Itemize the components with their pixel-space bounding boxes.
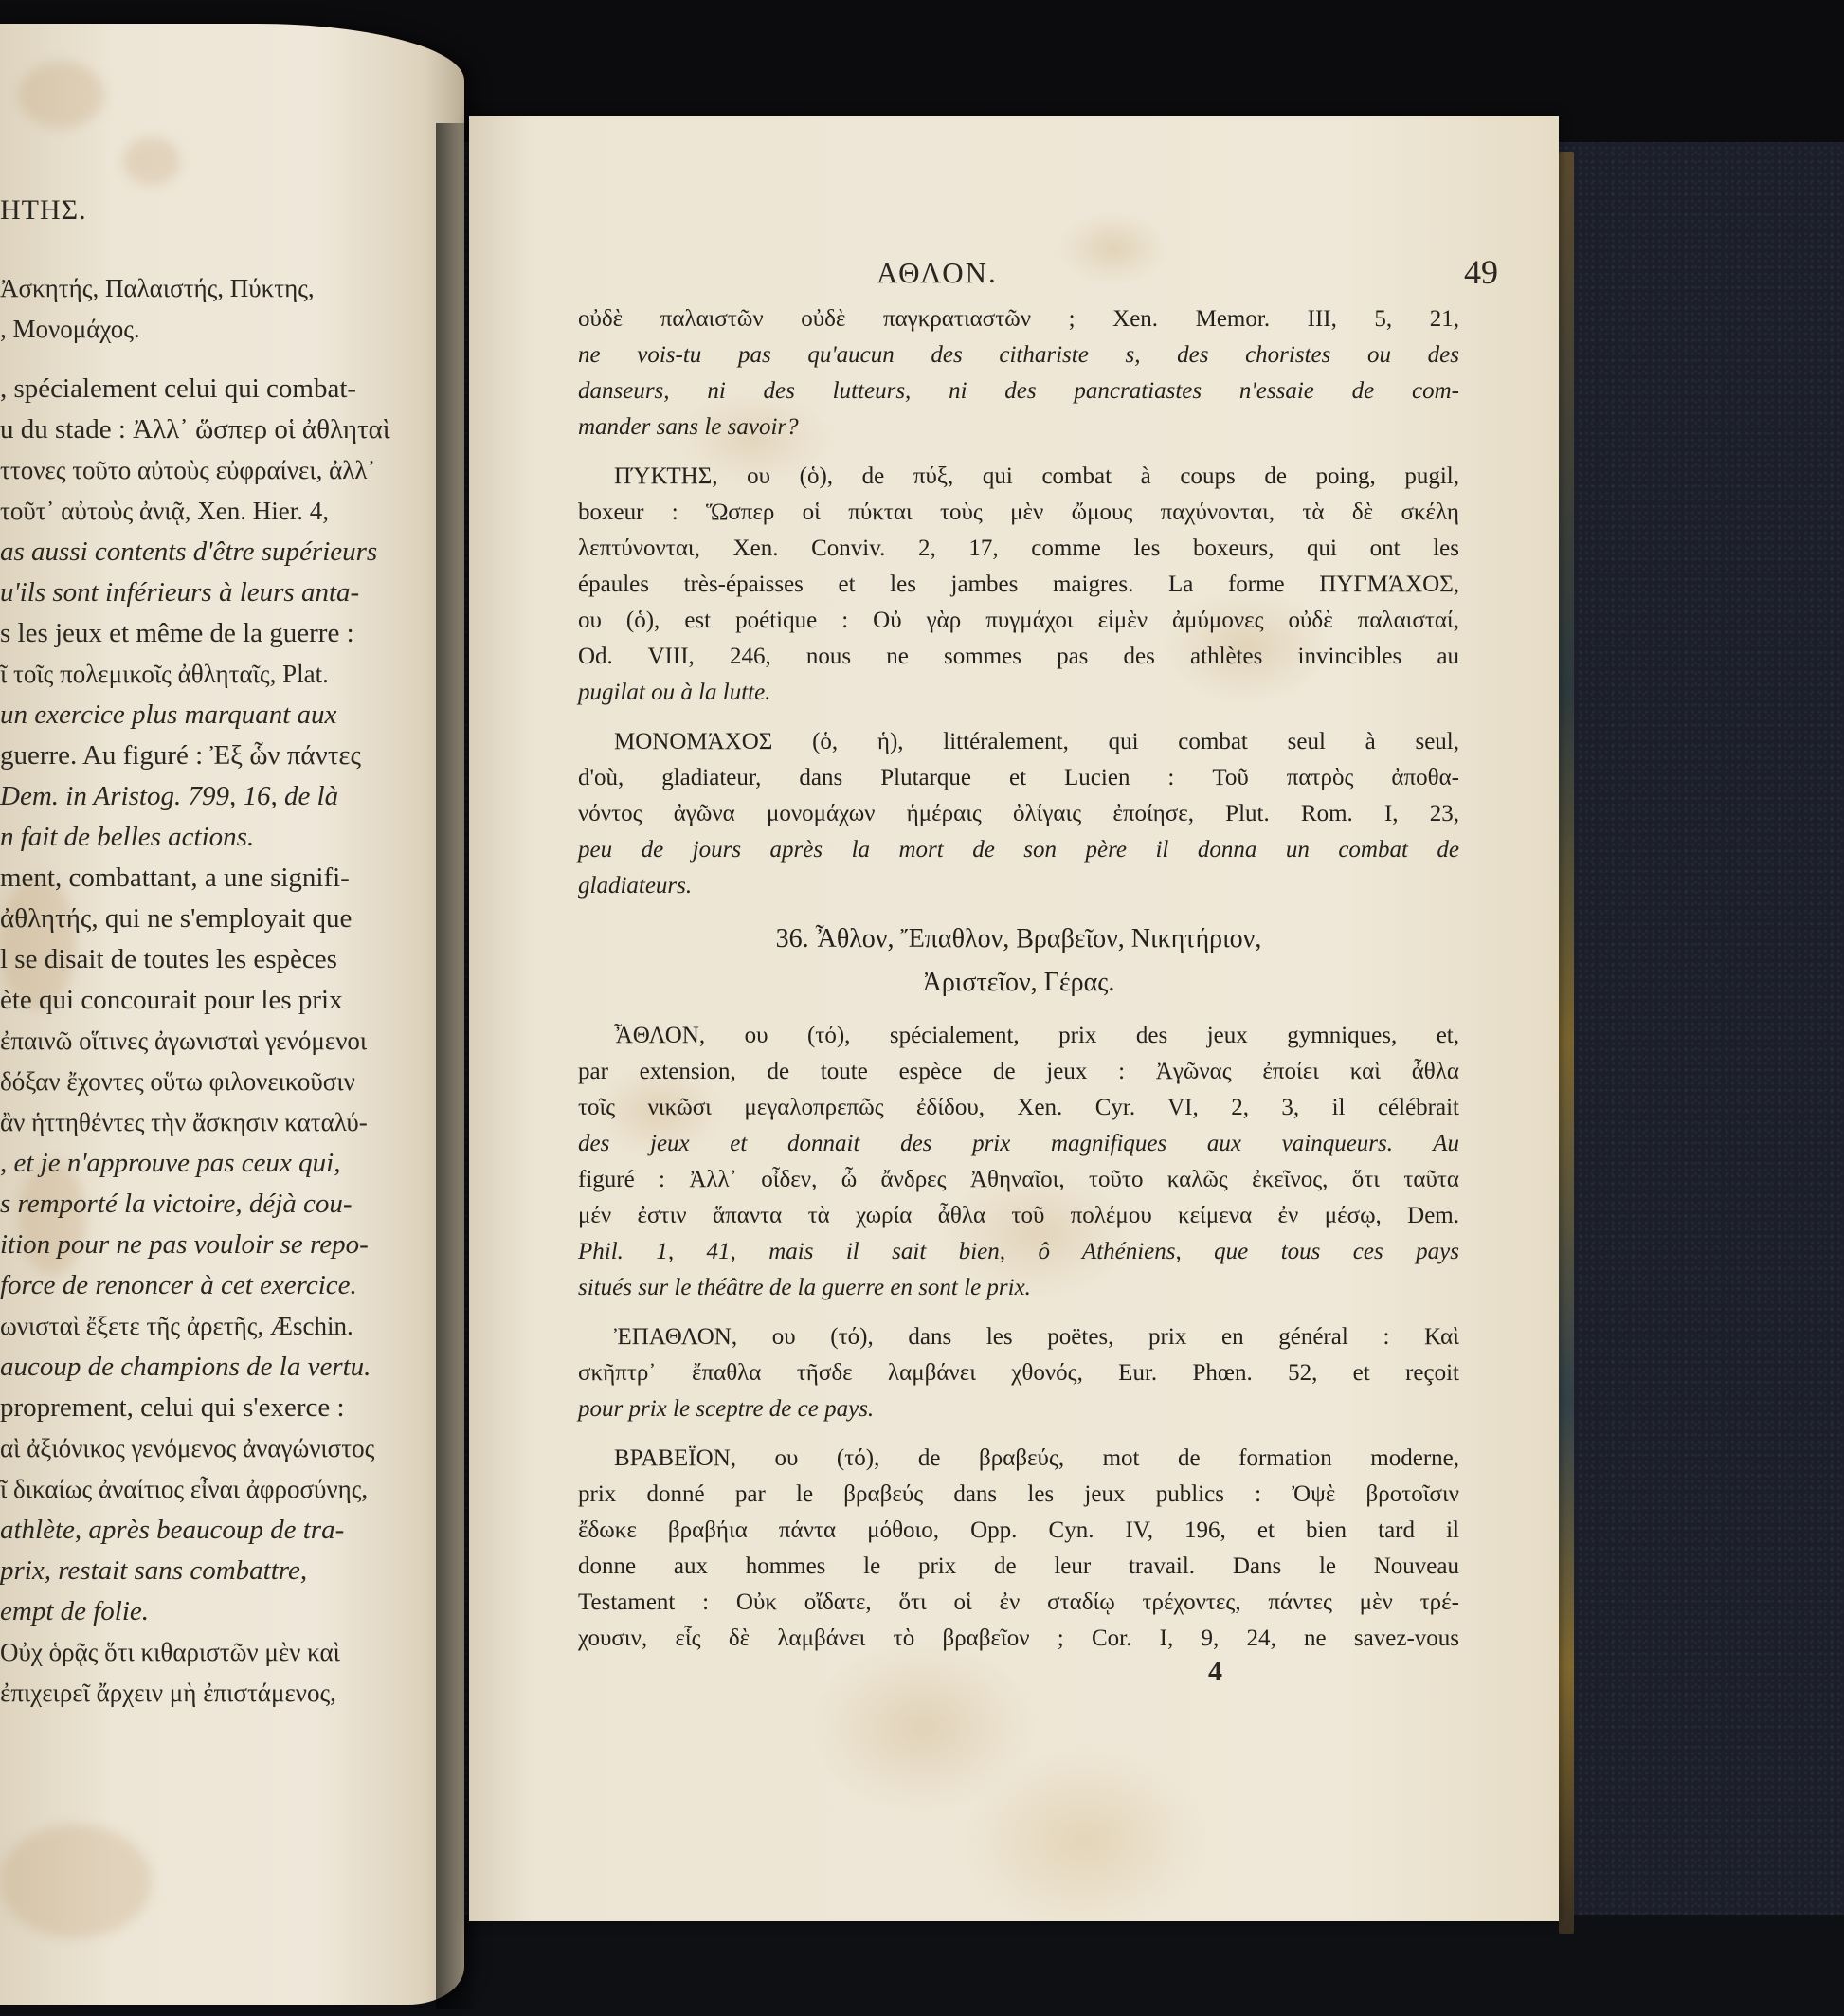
entry-brabeion: ΒΡΑΒΕΪΟΝ, ου (τό), de βραβεύς, mot de fo…	[578, 1441, 1459, 1477]
text-line: οὐδὲ παλαιστῶν οὐδὲ παγκρατιαστῶν ; Xen.…	[578, 301, 1459, 337]
left-line: , spécialement celui qui combat-	[0, 369, 417, 409]
text-line: Od. VIII, 246, nous ne sommes pas des at…	[578, 639, 1459, 675]
text-line: des jeux et donnait des prix magnifiques…	[578, 1126, 1459, 1162]
left-line: ète qui concourait pour les prix	[0, 980, 417, 1021]
text-line: peu de jours après la mort de son père i…	[578, 832, 1459, 868]
left-page: ΗΤΗΣ. Ἀσκητής, Παλαιστής, Πύκτης, , Μονο…	[0, 24, 464, 2005]
left-line: τοῦτ᾽ αὐτοὺς ἀνιᾷ, Xen. Hier. 4,	[0, 491, 417, 532]
text-line: pour prix le sceptre de ce pays.	[578, 1391, 1459, 1427]
left-line: aucoup de champions de la vertu.	[0, 1347, 417, 1388]
left-running-title: ΗΤΗΣ.	[0, 190, 417, 230]
left-line: Οὐχ ὁρᾷς ὅτι κιθαριστῶν μὲν καὶ	[0, 1632, 417, 1673]
text-line: Testament : Οὐκ οἴδατε, ὅτι οἱ ἐν σταδίῳ…	[578, 1585, 1459, 1621]
left-line: δόξαν ἔχοντες οὕτω φιλονεικοῦσιν	[0, 1062, 417, 1102]
gutter-shadow	[436, 123, 474, 2009]
page-number: 49	[1464, 252, 1498, 292]
left-line: ment, combattant, a une signifi-	[0, 858, 417, 899]
left-line: proprement, celui qui s'exerce :	[0, 1388, 417, 1428]
text-line: d'où, gladiateur, dans Plutarque et Luci…	[578, 760, 1459, 796]
left-line: prix, restait sans combattre,	[0, 1551, 417, 1591]
text-line: figuré : Ἀλλ᾽ οἶδεν, ὦ ἄνδρες Ἀθηναῖοι, …	[578, 1162, 1459, 1198]
left-line: ition pour ne pas vouloir se repo-	[0, 1225, 417, 1265]
left-line: empt de folie.	[0, 1591, 417, 1632]
text-line: μέν ἐστιν ἅπαντα τὰ χωρία ἆθλα τοῦ πολέμ…	[578, 1198, 1459, 1234]
left-line: u'ils sont inférieurs à leurs anta-	[0, 572, 417, 613]
entry-epathlon: ἘΠΑΘΛΟΝ, ου (τό), dans les poëtes, prix …	[578, 1319, 1459, 1355]
left-line: ττονες τοῦτο αὐτοὺς εὐφραίνει, ἀλλ᾽	[0, 450, 417, 491]
left-line: , et je n'approuve pas ceux qui,	[0, 1143, 417, 1184]
section-heading: Ἀριστεῖον, Γέρας.	[578, 961, 1459, 1005]
left-heading-line: Ἀσκητής, Παλαιστής, Πύκτης,	[0, 268, 417, 309]
book-cover-edge	[1559, 152, 1574, 1934]
text-line: ne vois-tu pas qu'aucun des cithariste s…	[578, 337, 1459, 373]
foxing-stain	[0, 1825, 152, 1938]
entry-athlon: ἎΘΛΟΝ, ου (τό), spécialement, prix des j…	[578, 1018, 1459, 1054]
left-line: ῖ δικαίως ἀναίτιος εἶναι ἀφροσύνης,	[0, 1469, 417, 1510]
text-line: pugilat ou à la lutte.	[578, 675, 1459, 711]
left-line: l se disait de toutes les espèces	[0, 939, 417, 980]
text-line: ἔδωκε βραβήια πάντα μόθοιο, Opp. Cyn. IV…	[578, 1513, 1459, 1549]
text-line: situés sur le théâtre de la guerre en so…	[578, 1270, 1459, 1306]
left-line: s les jeux et même de la guerre :	[0, 613, 417, 654]
left-line: ἐπαινῶ οἵτινες ἀγωνισταὶ γενόμενοι	[0, 1021, 417, 1062]
text-line: ου (ὁ), est poétique : Οὐ γὰρ πυγμάχοι ε…	[578, 603, 1459, 639]
text-line: χουσιν, εἷς δὲ λαμβάνει τὸ βραβεῖον ; Co…	[578, 1621, 1459, 1657]
text-line: νόντος ἀγῶνα μονομάχων ἡμέραις ὀλίγαις ἐ…	[578, 796, 1459, 832]
left-line: αὶ ἀξιόνικος γενόμενος ἀναγώνιστος	[0, 1428, 417, 1469]
text-line: Phil. 1, 41, mais il sait bien, ô Athéni…	[578, 1234, 1459, 1270]
left-line: ἂν ἡττηθέντες τὴν ἄσκησιν καταλύ-	[0, 1102, 417, 1143]
text-line: danseurs, ni des lutteurs, ni des pancra…	[578, 373, 1459, 409]
left-line: un exercice plus marquant aux	[0, 695, 417, 736]
entry-monomachos: ΜΟΝΟΜΆΧΟΣ (ὁ, ἡ), littéralement, qui com…	[578, 724, 1459, 760]
running-title: ΑΘΛΟΝ.	[877, 256, 998, 290]
text-line: prix donné par le βραβεύς dans les jeux …	[578, 1477, 1459, 1513]
text-line: boxeur : Ὥσπερ οἱ πύκται τοὺς μὲν ὤμους …	[578, 495, 1459, 531]
left-line: ἀθλητής, qui ne s'employait que	[0, 899, 417, 939]
text-line: épaules très-épaisses et les jambes maig…	[578, 567, 1459, 603]
foxing-stain	[19, 62, 104, 128]
text-line: gladiateurs.	[578, 868, 1459, 904]
left-line: ωνισταὶ ἔξετε τῆς ἀρετῆς, Æschin.	[0, 1306, 417, 1347]
left-line: ῖ τοῖς πολεμικοῖς ἀθληταῖς, Plat.	[0, 654, 417, 695]
signature-mark: 4	[1208, 1656, 1222, 1688]
left-line: u du stade : Ἀλλ᾽ ὥσπερ οἱ ἀθληταὶ	[0, 409, 417, 450]
left-heading-line: , Μονομάχος.	[0, 309, 417, 350]
left-line: ἐπιχειρεῖ ἄρχειν μὴ ἐπιστάμενος,	[0, 1673, 417, 1714]
text-line: par extension, de toute espèce de jeux :…	[578, 1054, 1459, 1090]
left-line: Dem. in Aristog. 799, 16, de là	[0, 776, 417, 817]
text-line: σκῆπτρ᾽ ἔπαθλα τῆσδε λαμβάνει χθονός, Eu…	[578, 1355, 1459, 1391]
left-line: guerre. Au figuré : Ἐξ ὧν πάντες	[0, 736, 417, 776]
text-line: λεπτύνονται, Xen. Conviv. 2, 17, comme l…	[578, 531, 1459, 567]
foxing-stain	[123, 137, 180, 185]
right-page: ΑΘΛΟΝ. 49 οὐδὲ παλαιστῶν οὐδὲ παγκρατιασ…	[469, 116, 1559, 1921]
left-line: n fait de belles actions.	[0, 817, 417, 858]
left-line: s remporté la victoire, déjà cou-	[0, 1184, 417, 1225]
running-head: ΑΘΛΟΝ. 49	[469, 256, 1559, 294]
text-line: τοῖς νικῶσι μεγαλοπρεπῶς ἐδίδου, Xen. Cy…	[578, 1090, 1459, 1126]
section-heading: 36. Ἆθλον, Ἔπαθλον, Βραβεῖον, Νικητήριον…	[578, 917, 1459, 961]
page-body: οὐδὲ παλαιστῶν οὐδὲ παγκρατιαστῶν ; Xen.…	[578, 301, 1459, 1657]
left-line: force de renoncer à cet exercice.	[0, 1265, 417, 1306]
entry-pyktes: ΠΎΚΤΗΣ, ου (ὁ), de πύξ, qui combat à cou…	[578, 459, 1459, 495]
text-line: donne aux hommes le prix de leur travail…	[578, 1549, 1459, 1585]
left-page-text: ΗΤΗΣ. Ἀσκητής, Παλαιστής, Πύκτης, , Μονο…	[0, 190, 417, 1714]
text-line: mander sans le savoir?	[578, 409, 1459, 445]
left-line: as aussi contents d'être supérieurs	[0, 532, 417, 572]
left-line: athlète, après beaucoup de tra-	[0, 1510, 417, 1551]
